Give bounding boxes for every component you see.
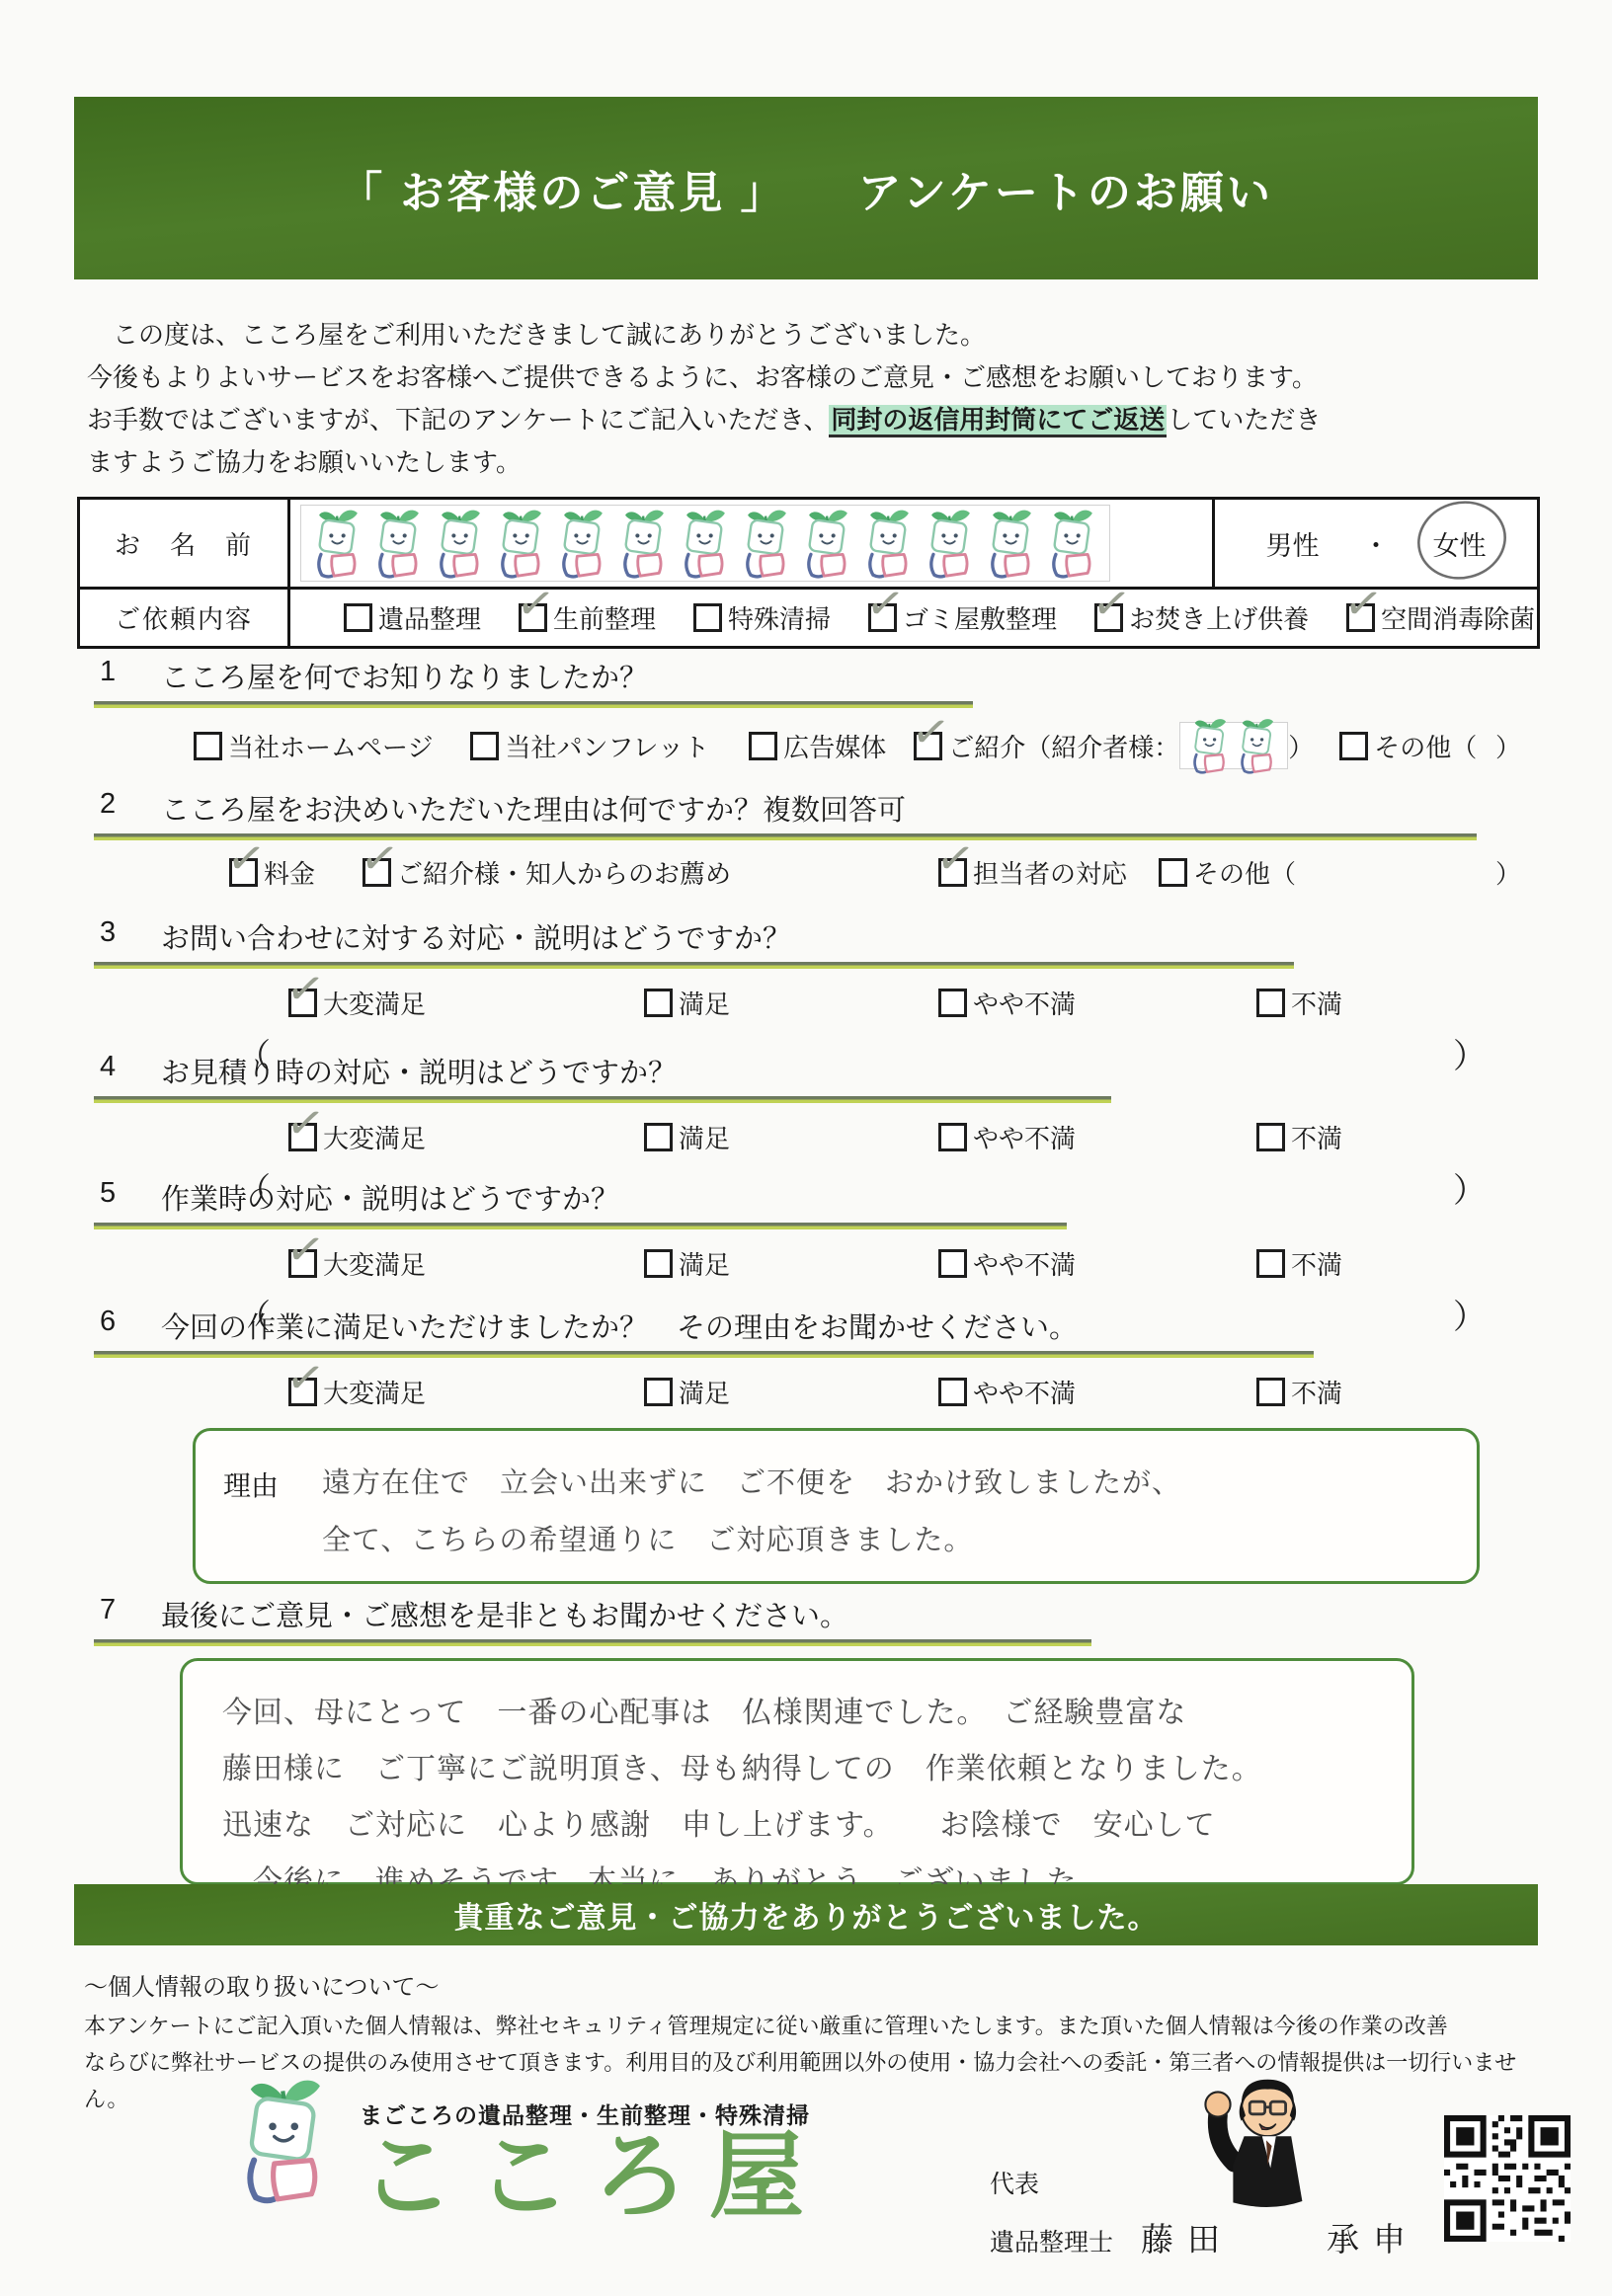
checkbox-icon bbox=[938, 1123, 967, 1151]
intro-paragraph: この度は、こころ屋をご利用いただきまして誠にありがとうございました。 今後もより… bbox=[87, 314, 1537, 484]
checkbox-icon bbox=[470, 732, 499, 760]
mascot-stamp-icon bbox=[309, 508, 366, 579]
request-label: ご依頼内容 bbox=[80, 590, 290, 646]
option-otakiage: お焚き上げ供養 bbox=[1094, 599, 1309, 636]
question-number: 3 bbox=[94, 916, 161, 957]
heading-underline bbox=[94, 1639, 1091, 1646]
checkbox-icon bbox=[749, 732, 777, 760]
intro-line-2: 今後もよりよいサービスをお客様へご提供できるように、お客様のご意見・ご感想をお願… bbox=[87, 356, 1537, 399]
brand-name: こころ屋 bbox=[360, 2130, 826, 2225]
question-3: 3 お問い合わせに対する対応・説明はどうですか？ 大変満足 満足 やや不満 不満… bbox=[94, 916, 1536, 1072]
checkbox-icon bbox=[644, 1378, 673, 1406]
rep-qualification: 遺品整理士 bbox=[990, 2223, 1113, 2258]
customer-survey-scan: { "banner": { "title": "「 お客様のご意見 」 アンケー… bbox=[0, 0, 1612, 2296]
final-comment-box: 今回、母にとって 一番の心配事は 仏様関連でした。 ご経験豊富な 藤田様に ご丁… bbox=[180, 1658, 1414, 1885]
request-row: ご依頼内容 遺品整理 生前整理 特殊清掃 ゴミ屋敷整理 お焚き上げ供養 空間消毒… bbox=[80, 590, 1537, 646]
option-referral: ご紹介（紹介者様： bbox=[914, 728, 1179, 764]
question-2: 2 こころ屋をお決めいただいた理由は何ですか？複数回答可 料金 ご紹介様・知人か… bbox=[94, 788, 1536, 891]
checkbox-icon bbox=[644, 1123, 673, 1151]
option-satisfied: 満足 bbox=[644, 1374, 938, 1410]
checkbox-icon bbox=[363, 858, 391, 887]
option-other: その他（ bbox=[1339, 728, 1477, 764]
thanks-bar: 貴重なご意見・ご協力をありがとうございました。 bbox=[74, 1884, 1538, 1945]
option-satisfied: 満足 bbox=[644, 1245, 938, 1282]
name-value-redacted bbox=[290, 500, 1212, 587]
question-title: 作業時の対応・説明はどうですか？ bbox=[161, 1177, 619, 1218]
question-number: 4 bbox=[94, 1051, 161, 1091]
privacy-heading: ～個人情報の取り扱いについて～ bbox=[84, 1969, 1546, 2006]
mascot-stamp-icon bbox=[860, 508, 918, 579]
option-very-satisfied: 大変満足 bbox=[288, 1119, 644, 1155]
question-title: こころ屋をお決めいただいた理由は何ですか？複数回答可 bbox=[161, 788, 906, 829]
heading-underline bbox=[94, 1096, 1111, 1103]
mascot-stamp-icon bbox=[799, 508, 856, 579]
heading-underline bbox=[94, 1223, 1067, 1229]
page-title: 「 お客様のご意見 」 アンケートのお願い bbox=[339, 157, 1273, 220]
question-title: こころ屋を何でお知りなりましたか？ bbox=[161, 656, 648, 696]
mascot-stamp-icon bbox=[922, 508, 979, 579]
option-somewhat-dissatisfied: やや不満 bbox=[938, 1374, 1256, 1410]
question-number: 2 bbox=[94, 788, 161, 829]
gender-cell: 男性 ・ 女性 bbox=[1212, 500, 1537, 587]
question-1: 1 こころ屋を何でお知りなりましたか？ 当社ホームページ 当社パンフレット 広告… bbox=[94, 656, 1536, 769]
qr-code bbox=[1444, 2115, 1571, 2242]
heading-underline bbox=[94, 833, 1477, 840]
question-title: お見積り時の対応・説明はどうですか？ bbox=[161, 1051, 677, 1091]
checkbox-icon bbox=[1094, 603, 1123, 632]
question-2-options: 料金 ご紹介様・知人からのお薦め 担当者の対応 その他（ ） bbox=[229, 854, 1521, 891]
checkbox-icon bbox=[938, 989, 967, 1017]
option-dissatisfied: 不満 bbox=[1256, 1374, 1536, 1410]
option-very-satisfied: 大変満足 bbox=[288, 1374, 644, 1410]
option-other: その他（ bbox=[1159, 854, 1296, 891]
option-satisfied: 満足 bbox=[644, 985, 938, 1021]
checkbox-icon bbox=[1256, 989, 1285, 1017]
option-pamphlet: 当社パンフレット bbox=[470, 728, 709, 764]
intro-line-1: この度は、こころ屋をご利用いただきまして誠にありがとうございました。 bbox=[87, 314, 1537, 356]
option-very-satisfied: 大変満足 bbox=[288, 1245, 644, 1282]
mascot-stamp-icon bbox=[983, 508, 1040, 579]
mascot-stamp-icon bbox=[615, 508, 673, 579]
mascot-stamp-icon bbox=[1187, 717, 1233, 774]
header-banner: 「 お客様のご意見 」 アンケートのお願い bbox=[74, 97, 1538, 279]
reason-box: 理由 遠方在住で 立会い出来ずに ご不便を おかけ致しましたが、 全て、こちらの… bbox=[193, 1428, 1480, 1584]
option-dissatisfied: 不満 bbox=[1256, 1119, 1536, 1155]
option-dissatisfied: 不満 bbox=[1256, 985, 1536, 1021]
option-somewhat-dissatisfied: やや不満 bbox=[938, 1245, 1256, 1282]
gender-female-circled: 女性 bbox=[1433, 524, 1487, 563]
checkbox-icon bbox=[938, 1378, 967, 1406]
mascot-stamp-icon bbox=[370, 508, 428, 579]
privacy-line-1: 本アンケートにご記入頂いた個人情報は、弊社セキュリティ管理規定に従い厳重に管理い… bbox=[84, 2008, 1546, 2044]
question-title: お問い合わせに対する対応・説明はどうですか？ bbox=[161, 916, 791, 957]
checkbox-icon bbox=[693, 603, 722, 632]
heading-underline bbox=[94, 962, 1294, 969]
mascot-stamp-icon bbox=[493, 508, 550, 579]
question-6: 6 今回の作業に満足いただけましたか？ その理由をお聞かせください。 大変満足 … bbox=[94, 1306, 1536, 1584]
checkbox-icon bbox=[519, 603, 547, 632]
option-tokushu-seisou: 特殊清掃 bbox=[693, 599, 831, 636]
option-dissatisfied: 不満 bbox=[1256, 1245, 1536, 1282]
question-number: 5 bbox=[94, 1177, 161, 1218]
other-close-paren: ） bbox=[1495, 728, 1521, 764]
mascot-stamp-icon bbox=[1235, 717, 1280, 774]
question-number: 6 bbox=[94, 1306, 161, 1346]
question-title: 最後にご意見・ご感想を是非ともお聞かせください。 bbox=[161, 1594, 848, 1634]
checkbox-icon bbox=[1256, 1378, 1285, 1406]
question-number: 1 bbox=[94, 656, 161, 696]
option-somewhat-dissatisfied: やや不満 bbox=[938, 1119, 1256, 1155]
satisfaction-options: 大変満足 満足 やや不満 不満 bbox=[288, 1374, 1536, 1410]
option-very-satisfied: 大変満足 bbox=[288, 985, 644, 1021]
request-options: 遺品整理 生前整理 特殊清掃 ゴミ屋敷整理 お焚き上げ供養 空間消毒除菌 bbox=[290, 590, 1537, 646]
gender-male-label: 男性 bbox=[1266, 524, 1320, 563]
option-ad-media: 広告媒体 bbox=[749, 728, 886, 764]
option-kukan-shoudoku: 空間消毒除菌 bbox=[1346, 599, 1535, 636]
checkbox-icon bbox=[1159, 858, 1187, 887]
heading-underline bbox=[94, 1351, 1314, 1358]
thanks-text: 貴重なご意見・ご協力をありがとうございました。 bbox=[454, 1893, 1159, 1937]
mascot-logo-icon bbox=[233, 2076, 336, 2204]
mascot-stamp-icon bbox=[432, 508, 489, 579]
respondent-info-table: お 名 前 男性 ・ 女性 bbox=[77, 497, 1540, 649]
referral-close-paren: ） bbox=[1288, 728, 1314, 764]
option-somewhat-dissatisfied: やや不満 bbox=[938, 985, 1256, 1021]
question-number: 7 bbox=[94, 1594, 161, 1634]
comment-line: 今回、母にとって 一番の心配事は 仏様関連でした。 ご経験豊富な bbox=[222, 1685, 1382, 1741]
redaction-stamps bbox=[300, 505, 1110, 582]
checkbox-icon bbox=[229, 858, 258, 887]
checkbox-icon bbox=[288, 1249, 317, 1278]
checkbox-icon bbox=[868, 603, 897, 632]
other-close-paren: ） bbox=[1495, 854, 1521, 891]
referrer-name-redacted-stamps bbox=[1179, 722, 1288, 769]
checkbox-icon bbox=[1256, 1123, 1285, 1151]
mascot-stamp-icon bbox=[738, 508, 795, 579]
checkbox-icon bbox=[288, 989, 317, 1017]
option-homepage: 当社ホームページ bbox=[194, 728, 433, 764]
checkbox-icon bbox=[938, 1249, 967, 1278]
intro-line-3: お手数ではございますが、下記のアンケートにご記入いただき、同封の返信用封筒にてご… bbox=[87, 399, 1537, 441]
option-ihin-seiri: 遺品整理 bbox=[344, 599, 481, 636]
satisfaction-options: 大変満足 満足 やや不満 不満 bbox=[288, 1245, 1536, 1282]
checkbox-icon bbox=[194, 732, 222, 760]
comment-line: 藤田様に ご丁寧にご説明頂き、母も納得しての 作業依頼となりました。 bbox=[222, 1741, 1382, 1797]
question-7: 7 最後にご意見・ご感想を是非ともお聞かせください。 今回、母にとって 一番の心… bbox=[94, 1594, 1536, 1885]
question-1-options: 当社ホームページ 当社パンフレット 広告媒体 ご紹介（紹介者様： ） その他（ … bbox=[194, 722, 1521, 769]
option-seizen-seiri: 生前整理 bbox=[519, 599, 656, 636]
question-title: 今回の作業に満足いただけましたか？ その理由をお聞かせください。 bbox=[161, 1306, 1078, 1346]
intro-line-4: ますようご協力をお願いいたします。 bbox=[87, 441, 1537, 484]
heading-underline bbox=[94, 701, 973, 708]
checkbox-icon bbox=[644, 1249, 673, 1278]
reason-label: 理由 bbox=[196, 1431, 322, 1581]
mascot-stamp-icon bbox=[677, 508, 734, 579]
checkbox-icon bbox=[914, 732, 942, 760]
comment-line: 迅速な ご対応に 心より感謝 申し上げます。 お陰様で 安心して bbox=[222, 1797, 1382, 1854]
checkbox-icon bbox=[1339, 732, 1368, 760]
checkbox-icon bbox=[344, 603, 372, 632]
name-row: お 名 前 男性 ・ 女性 bbox=[80, 500, 1537, 590]
option-recommendation: ご紹介様・知人からのお薦め bbox=[363, 854, 731, 891]
mascot-stamp-icon bbox=[1044, 508, 1101, 579]
option-gomiyashiki: ゴミ屋敷整理 bbox=[868, 599, 1057, 636]
checkbox-icon bbox=[938, 858, 967, 887]
reason-handwritten-text: 遠方在住で 立会い出来ずに ご不便を おかけ致しましたが、 全て、こちらの希望通… bbox=[322, 1431, 1477, 1581]
checkbox-icon bbox=[288, 1378, 317, 1406]
name-label: お 名 前 bbox=[80, 500, 290, 587]
satisfaction-options: 大変満足 満足 やや不満 不満 bbox=[288, 1119, 1536, 1155]
satisfaction-options: 大変満足 満足 やや不満 不満 bbox=[288, 985, 1536, 1021]
option-price: 料金 bbox=[229, 854, 315, 891]
option-staff-response: 担当者の対応 bbox=[938, 854, 1127, 891]
checkbox-icon bbox=[1256, 1249, 1285, 1278]
company-logo: まごころの遺品整理・生前整理・特殊清掃 こころ屋 bbox=[233, 2076, 826, 2225]
checkbox-icon bbox=[644, 989, 673, 1017]
option-satisfied: 満足 bbox=[644, 1119, 938, 1155]
highlighted-return-envelope-note: 同封の返信用封筒にてご返送 bbox=[829, 405, 1167, 437]
checkbox-icon bbox=[288, 1123, 317, 1151]
checkbox-icon bbox=[1346, 603, 1375, 632]
representative-cartoon bbox=[1190, 2059, 1329, 2247]
gender-separator-dot: ・ bbox=[1363, 524, 1390, 563]
mascot-stamp-icon bbox=[554, 508, 611, 579]
